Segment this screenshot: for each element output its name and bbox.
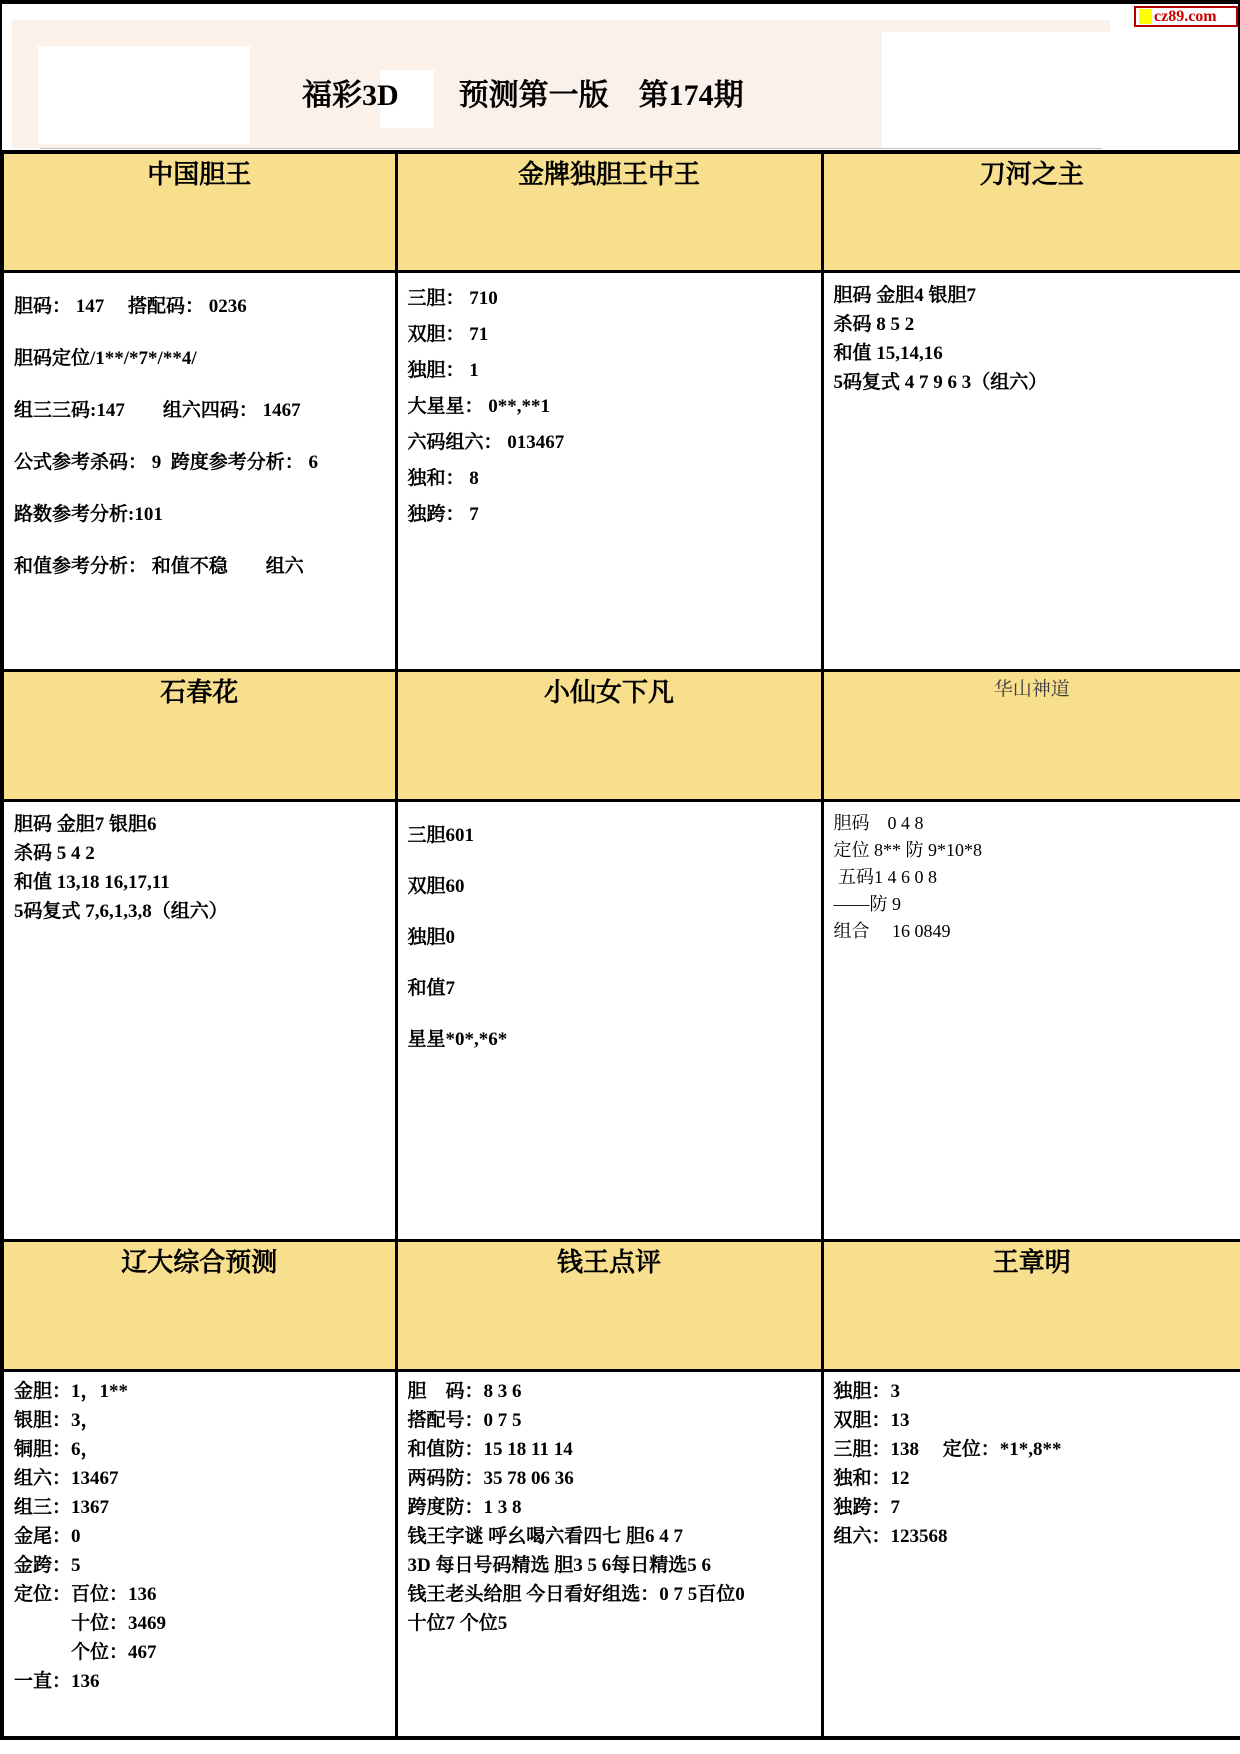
prediction-line: 钱王老头给胆 今日看好组选：0 7 5百位0 xyxy=(408,1580,815,1609)
prediction-table: 中国胆王 金牌独胆王中王 刀河之主 胆码： 147 搭配码： 0236胆码定位/… xyxy=(0,150,1240,1740)
section-title: 中国胆王 xyxy=(147,160,251,189)
prediction-line: 路数参考分析:101 xyxy=(14,489,389,541)
prediction-line: 钱王字谜 呼幺喝六看四七 胆6 4 7 xyxy=(408,1522,815,1551)
prediction-line: 独跨： 7 xyxy=(408,497,815,533)
section-header-cell: 小仙女下凡 xyxy=(396,671,822,801)
prediction-line: 三胆601 xyxy=(408,810,815,861)
section-header-cell: 钱王点评 xyxy=(396,1241,822,1371)
prediction-line: 5码复式 4 7 9 6 3（组六） xyxy=(834,368,1235,397)
section-title: 华山神道 xyxy=(994,679,1070,700)
prediction-line: 独和：12 xyxy=(834,1464,1235,1493)
prediction-line: 和值 13,18 16,17,11 xyxy=(14,868,389,897)
banner: 福彩3D 预测第一版 第174期 cz89.com xyxy=(0,0,1240,150)
section-title: 王章明 xyxy=(993,1248,1071,1277)
site-logo-text: cz89.com xyxy=(1154,8,1217,26)
prediction-line: 星星*0*,*6* xyxy=(408,1014,815,1065)
prediction-line: 十位7 个位5 xyxy=(408,1609,815,1638)
section-title: 辽大综合预测 xyxy=(121,1248,277,1277)
section-header-cell: 石春花 xyxy=(2,671,396,801)
prediction-line: 个位：467 xyxy=(14,1638,389,1667)
section-header-cell: 王章明 xyxy=(822,1241,1240,1371)
section-title: 石春花 xyxy=(160,678,238,707)
prediction-lines: 胆码 0 4 8定位 8** 防 9*10*8 五码1 4 6 0 8——防 9… xyxy=(824,802,1240,945)
prediction-line: 三胆：138 定位：*1*,8** xyxy=(834,1435,1235,1464)
page-title: 福彩3D 预测第一版 第174期 xyxy=(302,70,942,114)
prediction-line: 独和： 8 xyxy=(408,461,815,497)
prediction-line: 铜胆：6， xyxy=(14,1435,389,1464)
logo-yellow-square-icon xyxy=(1139,9,1152,24)
prediction-cell: 胆码 金胆7 银胆6杀码 5 4 2和值 13,18 16,17,115码复式 … xyxy=(2,801,396,1241)
prediction-cell: 胆码： 147 搭配码： 0236胆码定位/1**/*7*/**4/组三三码:1… xyxy=(2,272,396,671)
prediction-line: 和值防：15 18 11 14 xyxy=(408,1435,815,1464)
section-header-cell: 刀河之主 xyxy=(822,152,1240,272)
prediction-lines: 胆码 金胆7 银胆6杀码 5 4 2和值 13,18 16,17,115码复式 … xyxy=(4,802,395,926)
prediction-lines: 独胆：3双胆：13三胆：138 定位：*1*,8**独和：12独跨：7组六：12… xyxy=(824,1372,1240,1551)
prediction-line: 组三：1367 xyxy=(14,1493,389,1522)
prediction-lines: 胆码 金胆4 银胆7杀码 8 5 2和值 15,14,165码复式 4 7 9 … xyxy=(824,273,1240,397)
prediction-line: 跨度防：1 3 8 xyxy=(408,1493,815,1522)
prediction-line: 三胆： 710 xyxy=(408,281,815,317)
prediction-line: 五码1 4 6 0 8 xyxy=(834,864,1235,891)
section-title: 金牌独胆王中王 xyxy=(518,160,700,189)
section-header-cell: 华山神道 xyxy=(822,671,1240,801)
prediction-cell: 胆码 金胆4 银胆7杀码 8 5 2和值 15,14,165码复式 4 7 9 … xyxy=(822,272,1240,671)
prediction-line: 金尾：0 xyxy=(14,1522,389,1551)
prediction-line: 十位：3469 xyxy=(14,1609,389,1638)
prediction-line: 搭配号：0 7 5 xyxy=(408,1406,815,1435)
prediction-line: 组合 16 0849 xyxy=(834,918,1235,945)
prediction-line: 独跨：7 xyxy=(834,1493,1235,1522)
prediction-cell: 独胆：3双胆：13三胆：138 定位：*1*,8**独和：12独跨：7组六：12… xyxy=(822,1371,1240,1739)
prediction-line: 杀码 8 5 2 xyxy=(834,310,1235,339)
prediction-line: 胆码： 147 搭配码： 0236 xyxy=(14,281,389,333)
prediction-line: 大星星： 0**,**1 xyxy=(408,389,815,425)
header-row-1: 中国胆王 金牌独胆王中王 刀河之主 xyxy=(2,152,1240,272)
prediction-line: 组六：13467 xyxy=(14,1464,389,1493)
prediction-line: 5码复式 7,6,1,3,8（组六） xyxy=(14,897,389,926)
prediction-line: 定位 8** 防 9*10*8 xyxy=(834,837,1235,864)
prediction-cell: 胆 码：8 3 6搭配号：0 7 5和值防：15 18 11 14两码防：35 … xyxy=(396,1371,822,1739)
prediction-line: 公式参考杀码： 9 跨度参考分析： 6 xyxy=(14,437,389,489)
prediction-line: 杀码 5 4 2 xyxy=(14,839,389,868)
prediction-line: 双胆：13 xyxy=(834,1406,1235,1435)
prediction-line: 和值参考分析： 和值不稳 组六 xyxy=(14,541,389,593)
section-header-cell: 辽大综合预测 xyxy=(2,1241,396,1371)
site-logo[interactable]: cz89.com xyxy=(1134,6,1238,27)
section-title: 钱王点评 xyxy=(557,1248,661,1277)
prediction-line: 独胆：3 xyxy=(834,1377,1235,1406)
section-title: 刀河之主 xyxy=(980,160,1084,189)
section-header-cell: 中国胆王 xyxy=(2,152,396,272)
prediction-line: 金胆：1，1** xyxy=(14,1377,389,1406)
header-row-2: 石春花 小仙女下凡 华山神道 xyxy=(2,671,1240,801)
prediction-line: 一直：136 xyxy=(14,1667,389,1696)
section-title: 小仙女下凡 xyxy=(544,678,674,707)
content-row-1: 胆码： 147 搭配码： 0236胆码定位/1**/*7*/**4/组三三码:1… xyxy=(2,272,1240,671)
prediction-line: 和值7 xyxy=(408,963,815,1014)
prediction-line: 组三三码:147 组六四码： 1467 xyxy=(14,385,389,437)
content-row-3: 金胆：1，1**银胆：3，铜胆：6，组六：13467组三：1367金尾：0金跨：… xyxy=(2,1371,1240,1739)
prediction-line: 胆码定位/1**/*7*/**4/ xyxy=(14,333,389,385)
prediction-line: 和值 15,14,16 xyxy=(834,339,1235,368)
prediction-lines: 三胆： 710双胆： 71独胆： 1大星星： 0**,**1六码组六： 0134… xyxy=(398,273,821,533)
prediction-cell: 三胆： 710双胆： 71独胆： 1大星星： 0**,**1六码组六： 0134… xyxy=(396,272,822,671)
prediction-cell: 金胆：1，1**银胆：3，铜胆：6，组六：13467组三：1367金尾：0金跨：… xyxy=(2,1371,396,1739)
prediction-line: 胆码 金胆4 银胆7 xyxy=(834,281,1235,310)
prediction-lines: 胆 码：8 3 6搭配号：0 7 5和值防：15 18 11 14两码防：35 … xyxy=(398,1372,821,1638)
prediction-cell: 三胆601双胆60独胆0和值7星星*0*,*6* xyxy=(396,801,822,1241)
content-row-2: 胆码 金胆7 银胆6杀码 5 4 2和值 13,18 16,17,115码复式 … xyxy=(2,801,1240,1241)
prediction-cell: 胆码 0 4 8定位 8** 防 9*10*8 五码1 4 6 0 8——防 9… xyxy=(822,801,1240,1241)
banner-image-placeholder-left xyxy=(38,46,250,144)
section-header-cell: 金牌独胆王中王 xyxy=(396,152,822,272)
prediction-line: 双胆： 71 xyxy=(408,317,815,353)
prediction-line: 银胆：3， xyxy=(14,1406,389,1435)
prediction-lines: 金胆：1，1**银胆：3，铜胆：6，组六：13467组三：1367金尾：0金跨：… xyxy=(4,1372,395,1696)
prediction-line: 六码组六： 013467 xyxy=(408,425,815,461)
prediction-line: 胆码 金胆7 银胆6 xyxy=(14,810,389,839)
prediction-line: 组六：123568 xyxy=(834,1522,1235,1551)
prediction-line: 胆 码：8 3 6 xyxy=(408,1377,815,1406)
prediction-line: 胆码 0 4 8 xyxy=(834,810,1235,837)
prediction-line: 3D 每日号码精选 胆3 5 6每日精选5 6 xyxy=(408,1551,815,1580)
prediction-lines: 胆码： 147 搭配码： 0236胆码定位/1**/*7*/**4/组三三码:1… xyxy=(4,273,395,593)
prediction-line: 定位：百位：136 xyxy=(14,1580,389,1609)
prediction-line: ——防 9 xyxy=(834,891,1235,918)
prediction-lines: 三胆601双胆60独胆0和值7星星*0*,*6* xyxy=(398,802,821,1065)
prediction-line: 独胆： 1 xyxy=(408,353,815,389)
prediction-line: 双胆60 xyxy=(408,861,815,912)
banner-divider xyxy=(40,148,1102,149)
prediction-line: 独胆0 xyxy=(408,912,815,963)
header-row-3: 辽大综合预测 钱王点评 王章明 xyxy=(2,1241,1240,1371)
prediction-line: 金跨：5 xyxy=(14,1551,389,1580)
page: 福彩3D 预测第一版 第174期 cz89.com 中国胆王 金牌独胆王中王 刀… xyxy=(0,0,1240,1754)
prediction-line: 两码防：35 78 06 36 xyxy=(408,1464,815,1493)
